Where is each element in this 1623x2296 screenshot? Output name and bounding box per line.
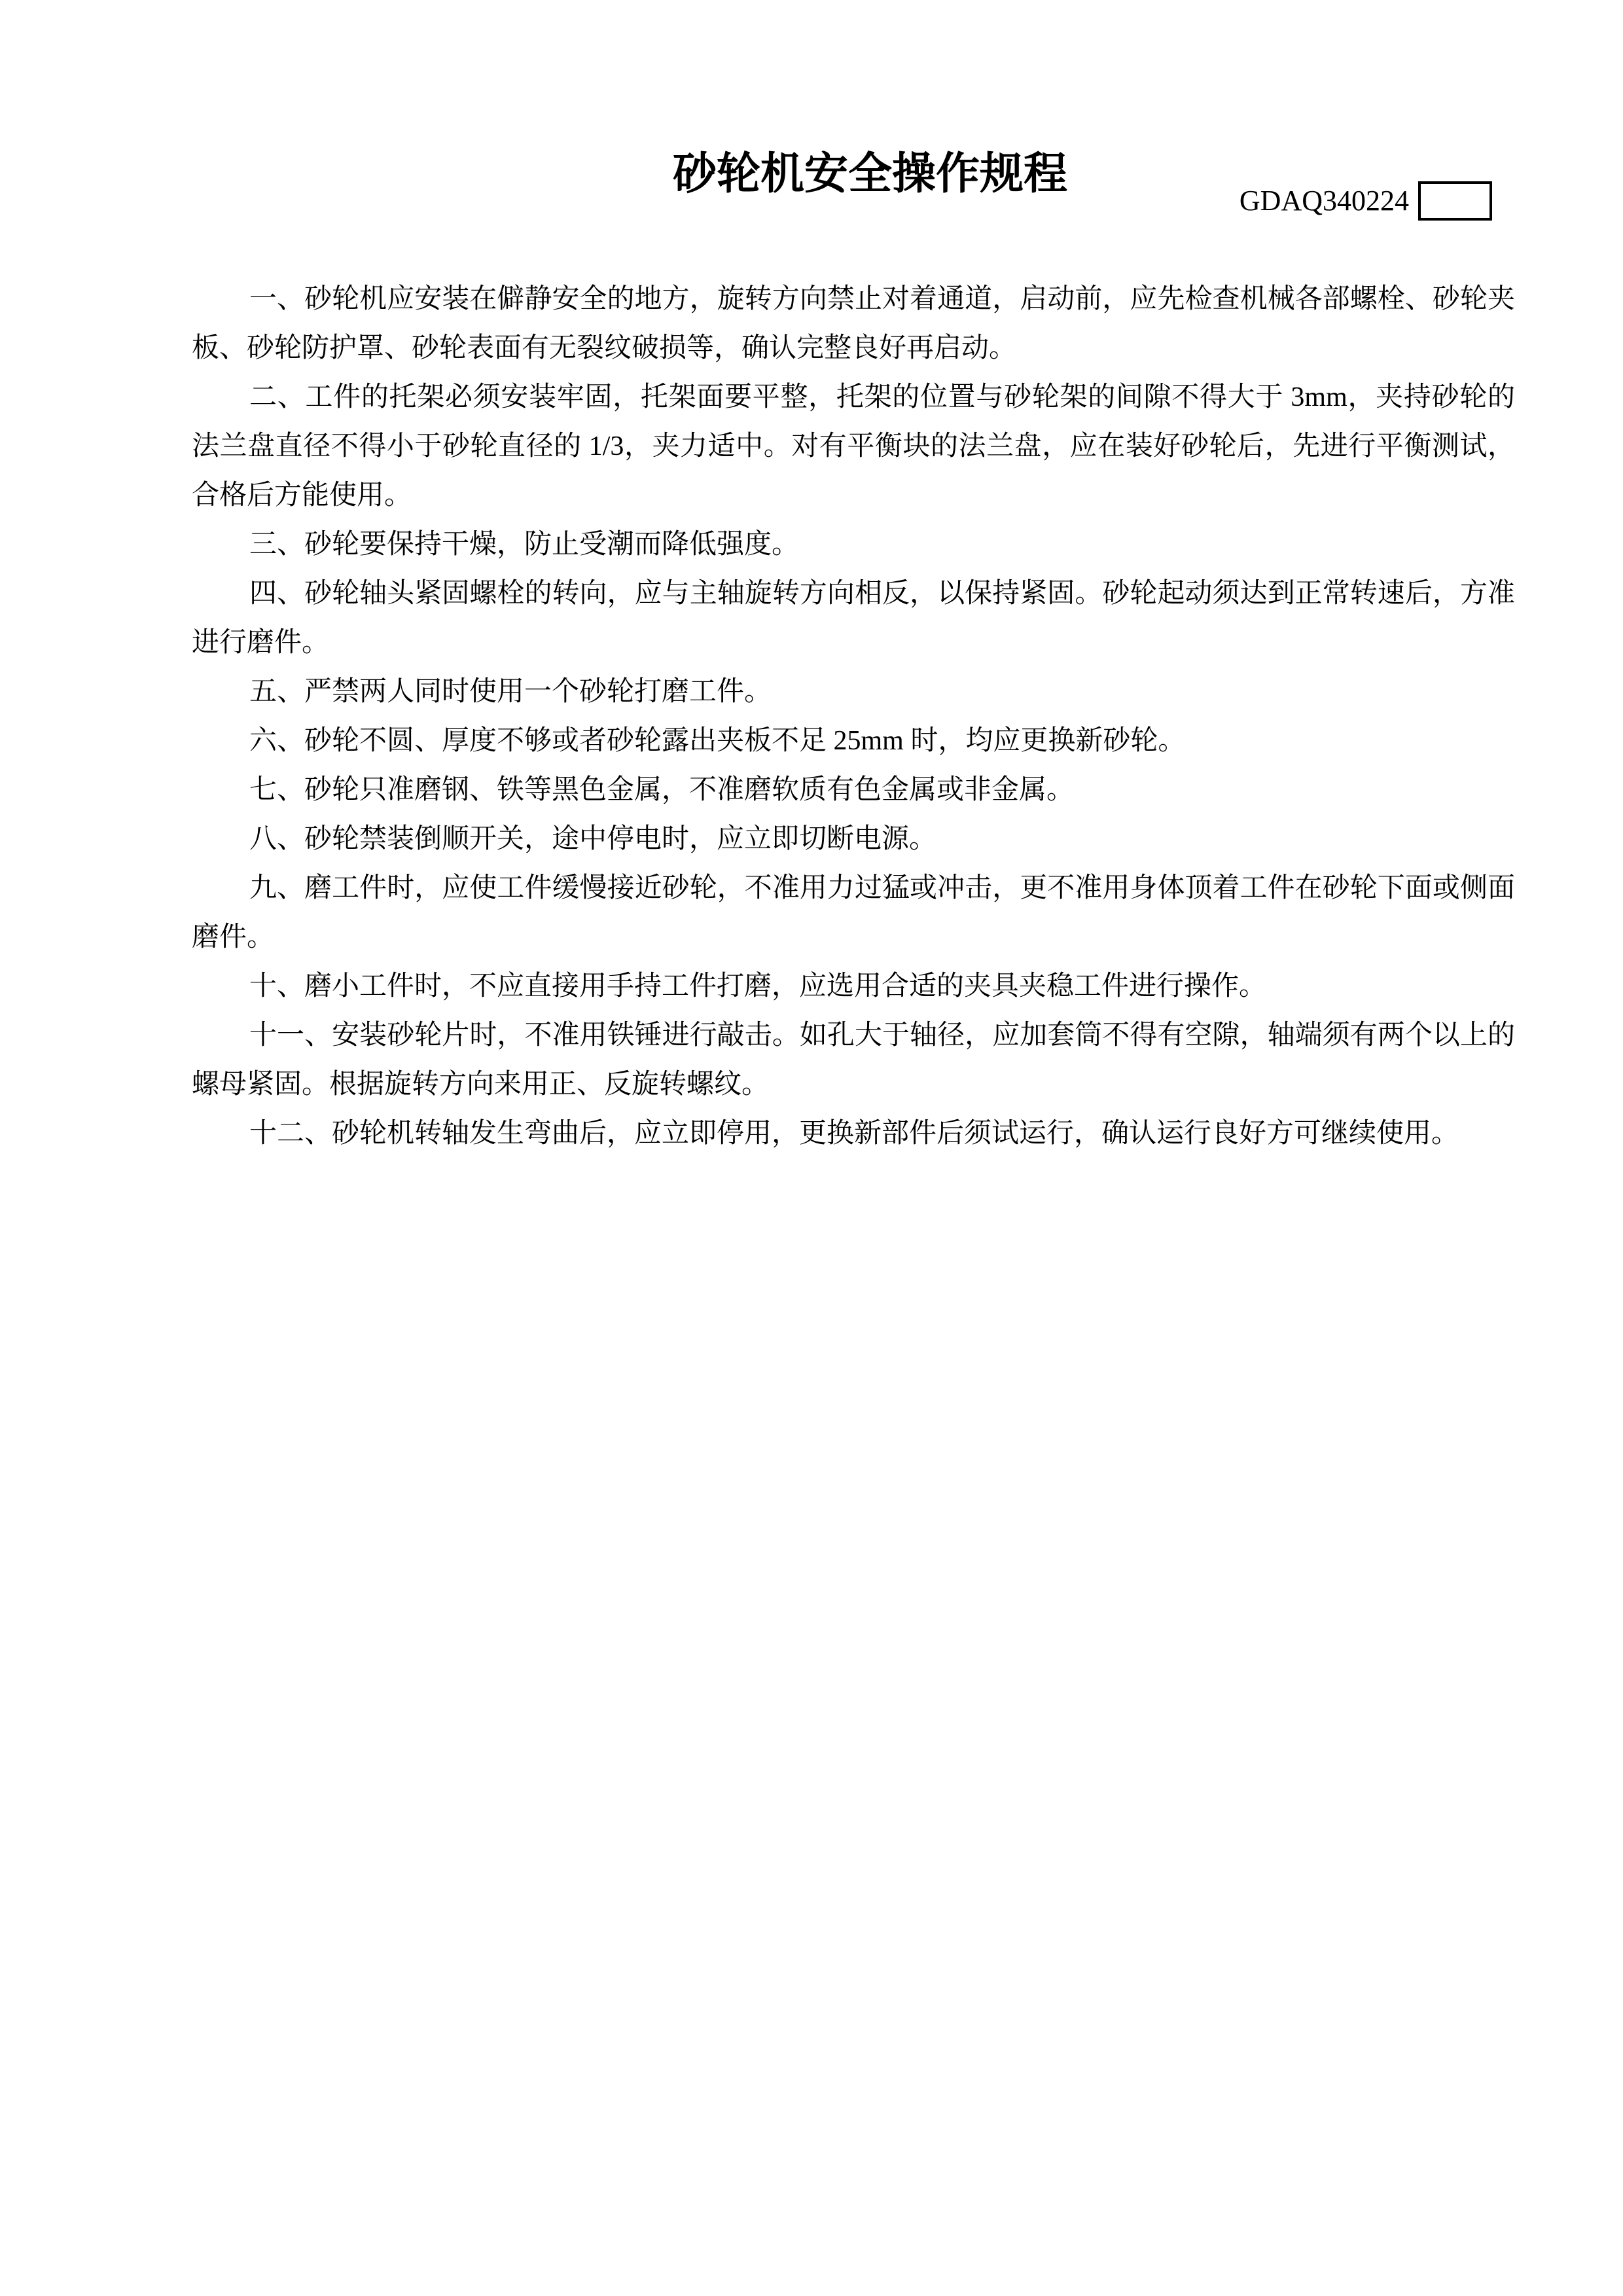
paragraph: 十二、砂轮机转轴发生弯曲后，应立即停用，更换新部件后须试运行，确认运行良好方可继… <box>192 1109 1515 1158</box>
paragraph: 八、砂轮禁装倒顺开关，途中停电时，应立即切断电源。 <box>192 815 1515 864</box>
paragraph: 七、砂轮只准磨钢、铁等黑色金属，不准磨软质有色金属或非金属。 <box>192 766 1515 815</box>
paragraph: 十一、安装砂轮片时，不准用铁锤进行敲击。如孔大于轴径，应加套筒不得有空隙，轴端须… <box>192 1011 1515 1109</box>
page-title: 砂轮机安全操作规程 <box>673 151 1067 198</box>
paragraph: 三、砂轮要保持干燥，防止受潮而降低强度。 <box>192 520 1515 569</box>
paragraph: 六、砂轮不圆、厚度不够或者砂轮露出夹板不足 25mm 时，均应更换新砂轮。 <box>192 717 1515 766</box>
paragraph: 十、磨小工件时，不应直接用手持工件打磨，应选用合适的夹具夹稳工件进行操作。 <box>192 962 1515 1011</box>
paragraph: 九、磨工件时，应使工件缓慢接近砂轮，不准用力过猛或冲击，更不准用身体顶着工件在砂… <box>192 864 1515 962</box>
document-code-row: GDAQ340224 <box>1240 181 1492 221</box>
document-code: GDAQ340224 <box>1240 181 1409 221</box>
document-page: 砂轮机安全操作规程 GDAQ340224 一、砂轮机应安装在僻静安全的地方，旋转… <box>0 0 1623 2296</box>
code-fill-box <box>1418 181 1492 221</box>
document-body: 一、砂轮机应安装在僻静安全的地方，旋转方向禁止对着通道，启动前，应先检查机械各部… <box>192 275 1515 1158</box>
paragraph: 一、砂轮机应安装在僻静安全的地方，旋转方向禁止对着通道，启动前，应先检查机械各部… <box>192 275 1515 373</box>
paragraph: 二、工件的托架必须安装牢固，托架面要平整，托架的位置与砂轮架的间隙不得大于 3m… <box>192 373 1515 520</box>
paragraph: 四、砂轮轴头紧固螺栓的转向，应与主轴旋转方向相反，以保持紧固。砂轮起动须达到正常… <box>192 569 1515 668</box>
paragraph: 五、严禁两人同时使用一个砂轮打磨工件。 <box>192 668 1515 717</box>
